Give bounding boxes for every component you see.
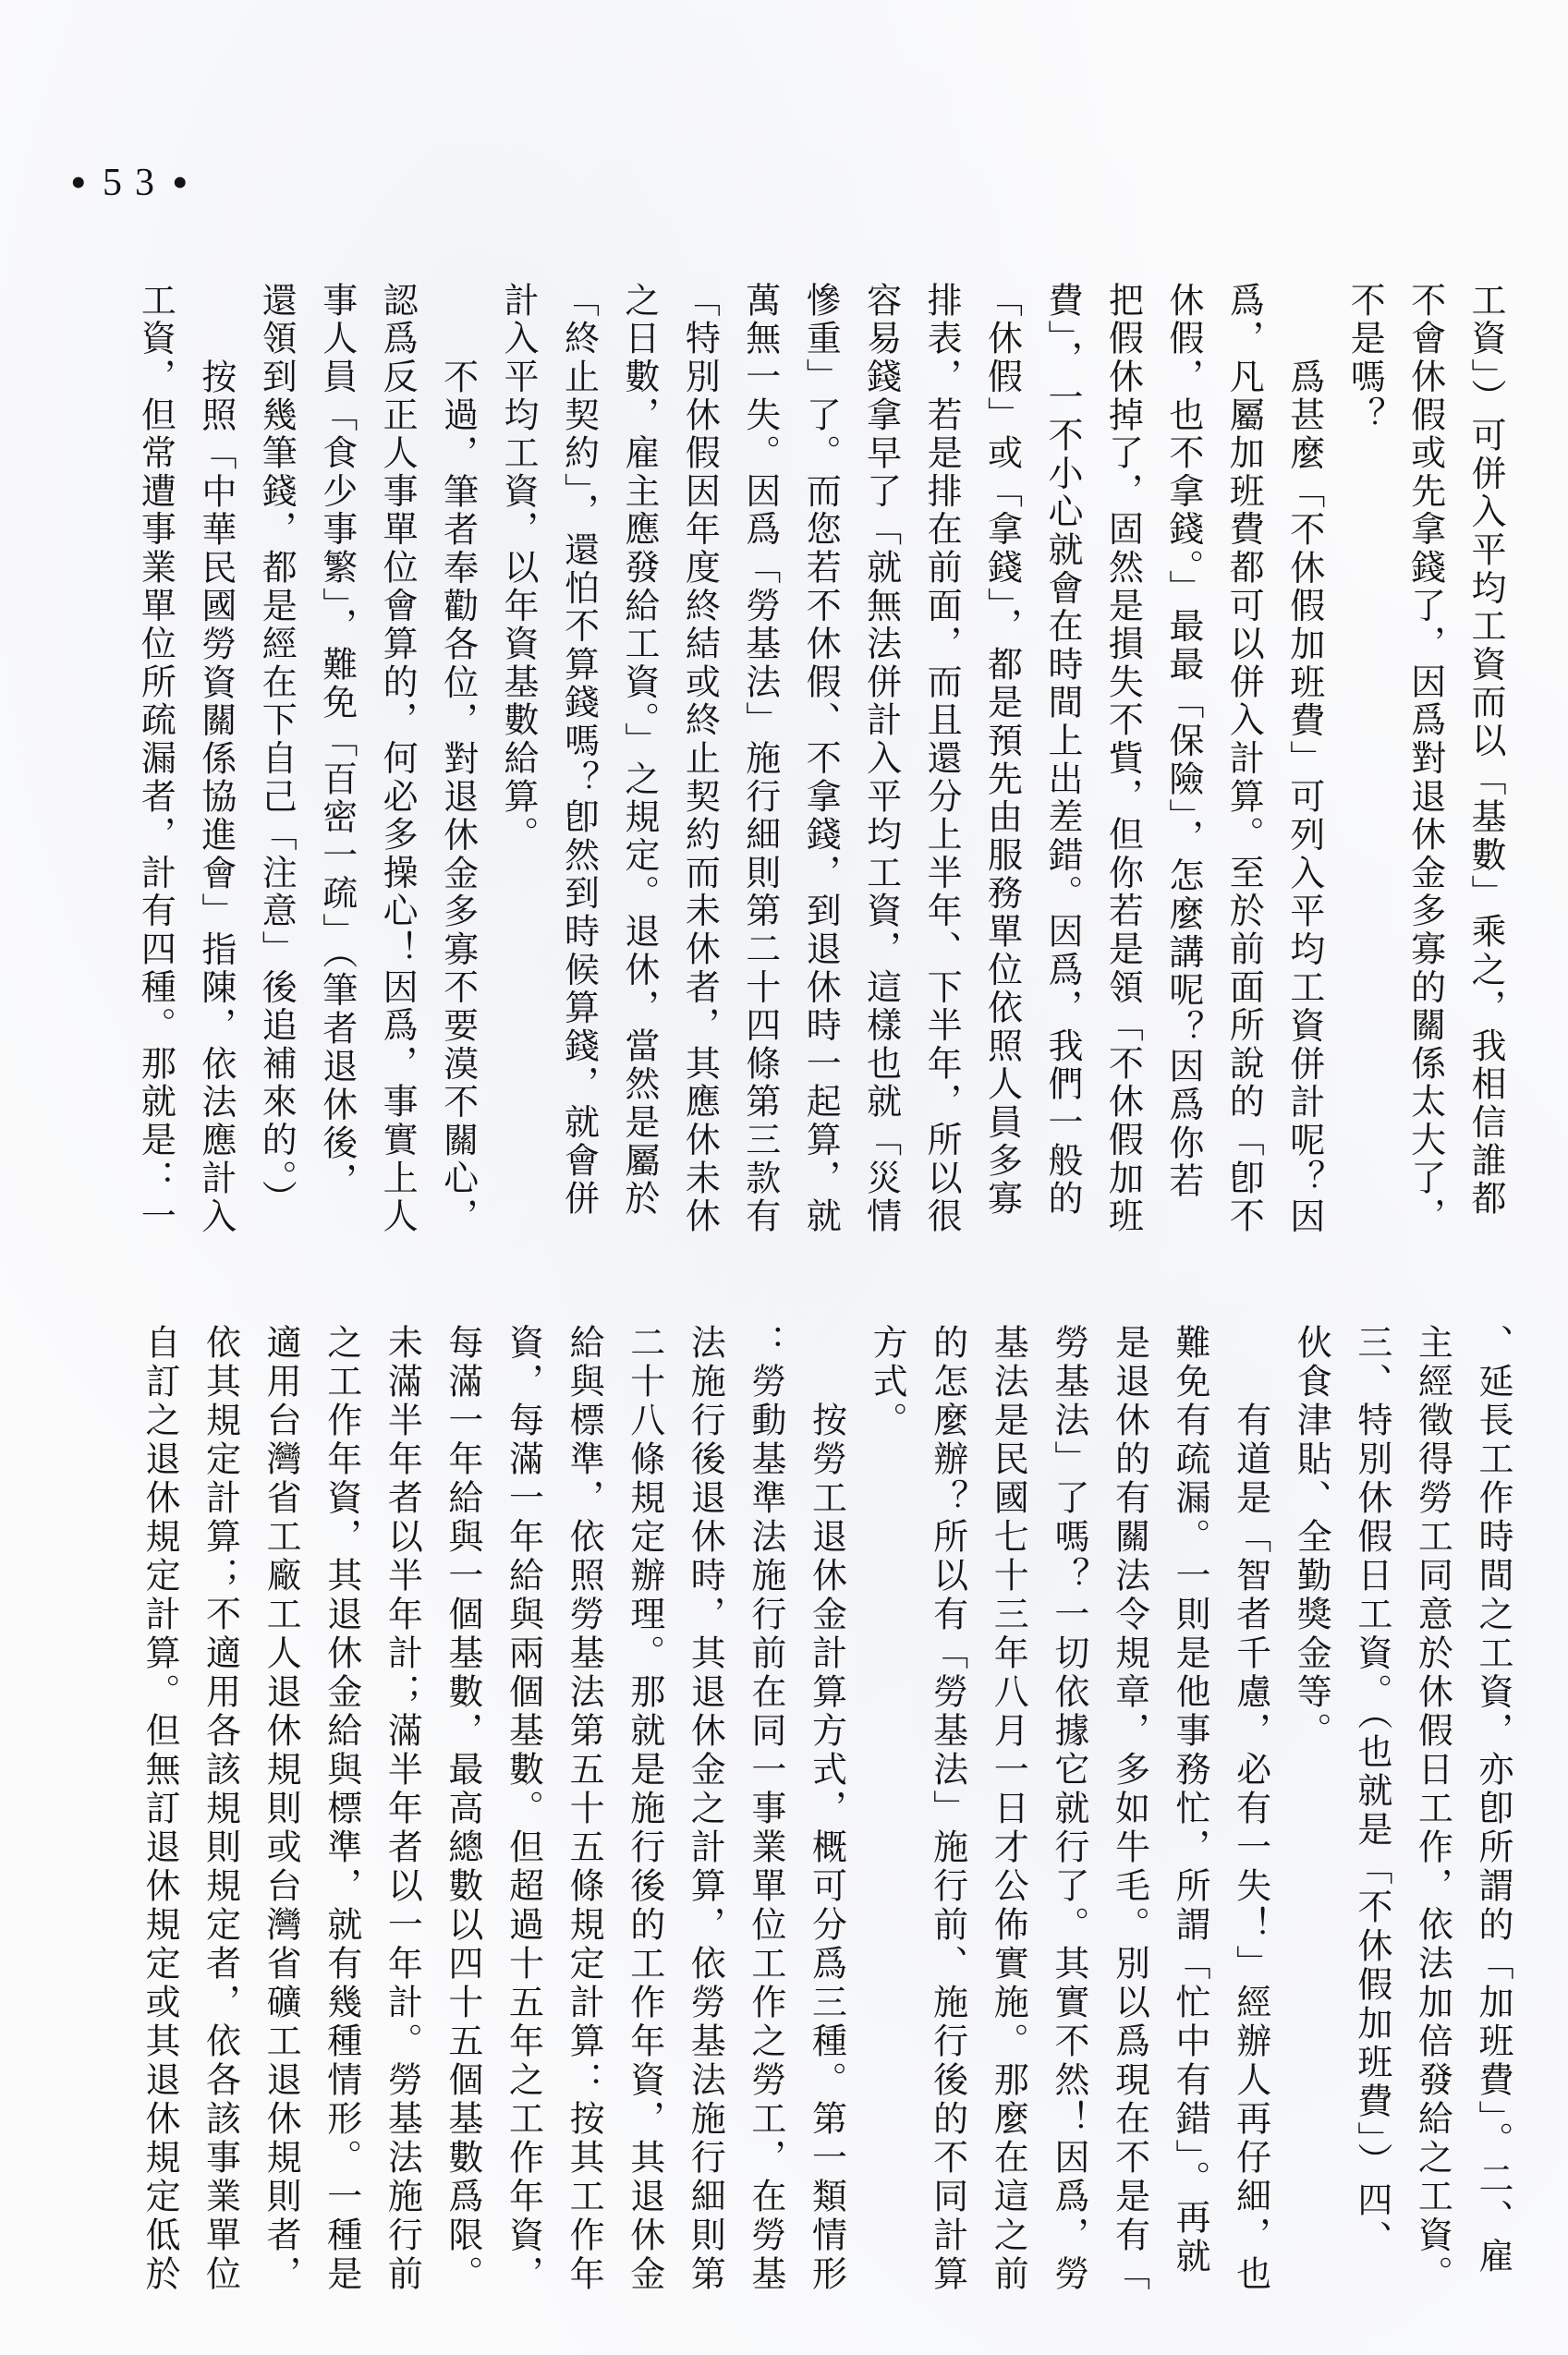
paragraph-start-column: 按照「中華民國勞資關係協進會」指陳，依法應計入: [185, 282, 245, 1243]
text-column: 「休假」或「拿錢」，都是預先由服務單位依照人員多寡: [971, 282, 1031, 1243]
text-column: 工資，但常遭事業單位所疏漏者，計有四種。那就是：一: [125, 282, 185, 1243]
text-column: 的怎麼辦？所以有「勞基法」施行前、施行後的不同計算: [917, 1324, 978, 2308]
text-column: 把假休掉了，固然是損失不貲，但你若是領「不休假加班: [1092, 282, 1152, 1243]
lower-text-block: 、延長工作時間之工資，亦卽所謂的「加班費」。二、雇 主經徵得勞工同意於休假日工作…: [128, 1324, 1523, 2308]
paragraph-start-column: 按勞工退休金計算方式，概可分爲三種。第一類情形: [796, 1324, 857, 2308]
text-column: 方式。: [856, 1324, 917, 2308]
page-number-bullet-left: •: [70, 159, 87, 205]
text-column: 慘重」了。而您若不休假、不拿錢，到退休時一起算，就: [790, 282, 850, 1243]
page-number-value: 53: [103, 164, 167, 202]
paragraph-start-column: 不過，筆者奉勸各位，對退休金多寡不要漠不關心，: [427, 282, 487, 1243]
text-column: 還領到幾筆錢，都是經在下自己「注意」後追補來的。）: [246, 282, 306, 1243]
text-column: 資，每滿一年給與兩個基數。但超過十五年之工作年資，: [492, 1324, 553, 2308]
text-column: 計入平均工資，以年資基數給算。: [488, 282, 548, 1243]
text-column: 費」，一不小心就會在時間上出差錯。因爲，我們一般的: [1032, 282, 1092, 1243]
text-column: 「終止契約」，還怕不算錢嗎？卽然到時候算錢，就會併: [548, 282, 608, 1243]
text-column: 排表，若是排在前面，而且還分上半年、下半年，所以很: [911, 282, 971, 1243]
text-column: 萬無一失。因爲「勞基法」施行細則第二十四條第三款有: [729, 282, 789, 1243]
page-number-bullet-right: •: [172, 159, 188, 205]
text-column: 三、特別休假日工資。（也就是「不休假加班費」）四、: [1341, 1324, 1402, 2308]
text-column: 未滿半年者以半年計；滿半年者以一年計。勞基法施行前: [371, 1324, 432, 2308]
text-column: 勞基法」了嗎？一切依據它就行了。其實不然！因爲，勞: [1038, 1324, 1099, 2308]
text-column: 爲，凡屬加班費都可以併入計算。至於前面所說的「卽不: [1213, 282, 1273, 1243]
text-column: 主經徵得勞工同意於休假日工作，依法加倍發給之工資。: [1402, 1324, 1463, 2308]
text-column: 之日數，雇主應發給工資。」之規定。退休，當然是屬於: [608, 282, 668, 1243]
text-column: 二十八條規定辦理。那就是施行後的工作年資，其退休金: [614, 1324, 675, 2308]
text-column: 伙食津貼、全勤獎金等。: [1281, 1324, 1342, 2308]
text-column: 「特別休假因年度終結或終止契約而未休者，其應休未休: [669, 282, 729, 1243]
upper-text-block: 工資」）可併入平均工資而以「基數」乘之，我相信誰都 不會休假或先拿錢了，因爲對退…: [125, 282, 1515, 1243]
paragraph-start-column: 爲甚麼「不休假加班費」可列入平均工資併計呢？因: [1273, 282, 1333, 1243]
text-column: 是退休的有關法令規章，多如牛毛。別以爲現在不是有「: [1099, 1324, 1160, 2308]
text-column: 休假，也不拿錢。」最最「保險」，怎麼講呢？因爲你若: [1152, 282, 1212, 1243]
text-column: 事人員「食少事繁」，難免「百密一疏」（筆者退休後，: [306, 282, 366, 1243]
text-column: 法施行後退休時，其退休金之計算，依勞基法施行細則第: [675, 1324, 735, 2308]
text-column: 給與標準，依照勞基法第五十五條規定計算：按其工作年: [553, 1324, 614, 2308]
paragraph-start-column: 有道是「智者千慮，必有一失！」經辦人再仔細，也: [1220, 1324, 1281, 2308]
text-column: 每滿一年給與一個基數，最高總數以四十五個基數爲限。: [432, 1324, 492, 2308]
text-column: 認爲反正人事單位會算的，何必多操心！因爲，事實上人: [367, 282, 427, 1243]
text-column: 基法是民國七十三年八月一日才公佈實施。那麼在這之前: [978, 1324, 1039, 2308]
text-column: 依其規定計算；不適用各該規則規定者，依各該事業單位: [189, 1324, 250, 2308]
text-column: 容易錢拿早了「就無法併計入平均工資，這樣也就「災情: [850, 282, 910, 1243]
text-column: ：勞動基準法施行前在同一事業單位工作之勞工，在勞基: [735, 1324, 796, 2308]
text-column: 難免有疏漏。一則是他事務忙，所謂「忙中有錯」。再就: [1159, 1324, 1220, 2308]
book-page: • 53 • 工資」）可併入平均工資而以「基數」乘之，我相信誰都 不會休假或先拿…: [0, 0, 1568, 2355]
text-column: 不是嗎？: [1334, 282, 1394, 1243]
text-column: 、延長工作時間之工資，亦卽所謂的「加班費」。二、雇: [1462, 1324, 1523, 2308]
text-column: 自訂之退休規定計算。但無訂退休規定或其退休規定低於: [128, 1324, 189, 2308]
text-column: 適用台灣省工廠工人退休規則或台灣省礦工退休規則者，: [250, 1324, 311, 2308]
text-column: 工資」）可併入平均工資而以「基數」乘之，我相信誰都: [1455, 282, 1515, 1243]
text-column: 之工作年資，其退休金給與標準，就有幾種情形。一種是: [310, 1324, 371, 2308]
text-column: 不會休假或先拿錢了，因爲對退休金多寡的關係太大了，: [1394, 282, 1454, 1243]
